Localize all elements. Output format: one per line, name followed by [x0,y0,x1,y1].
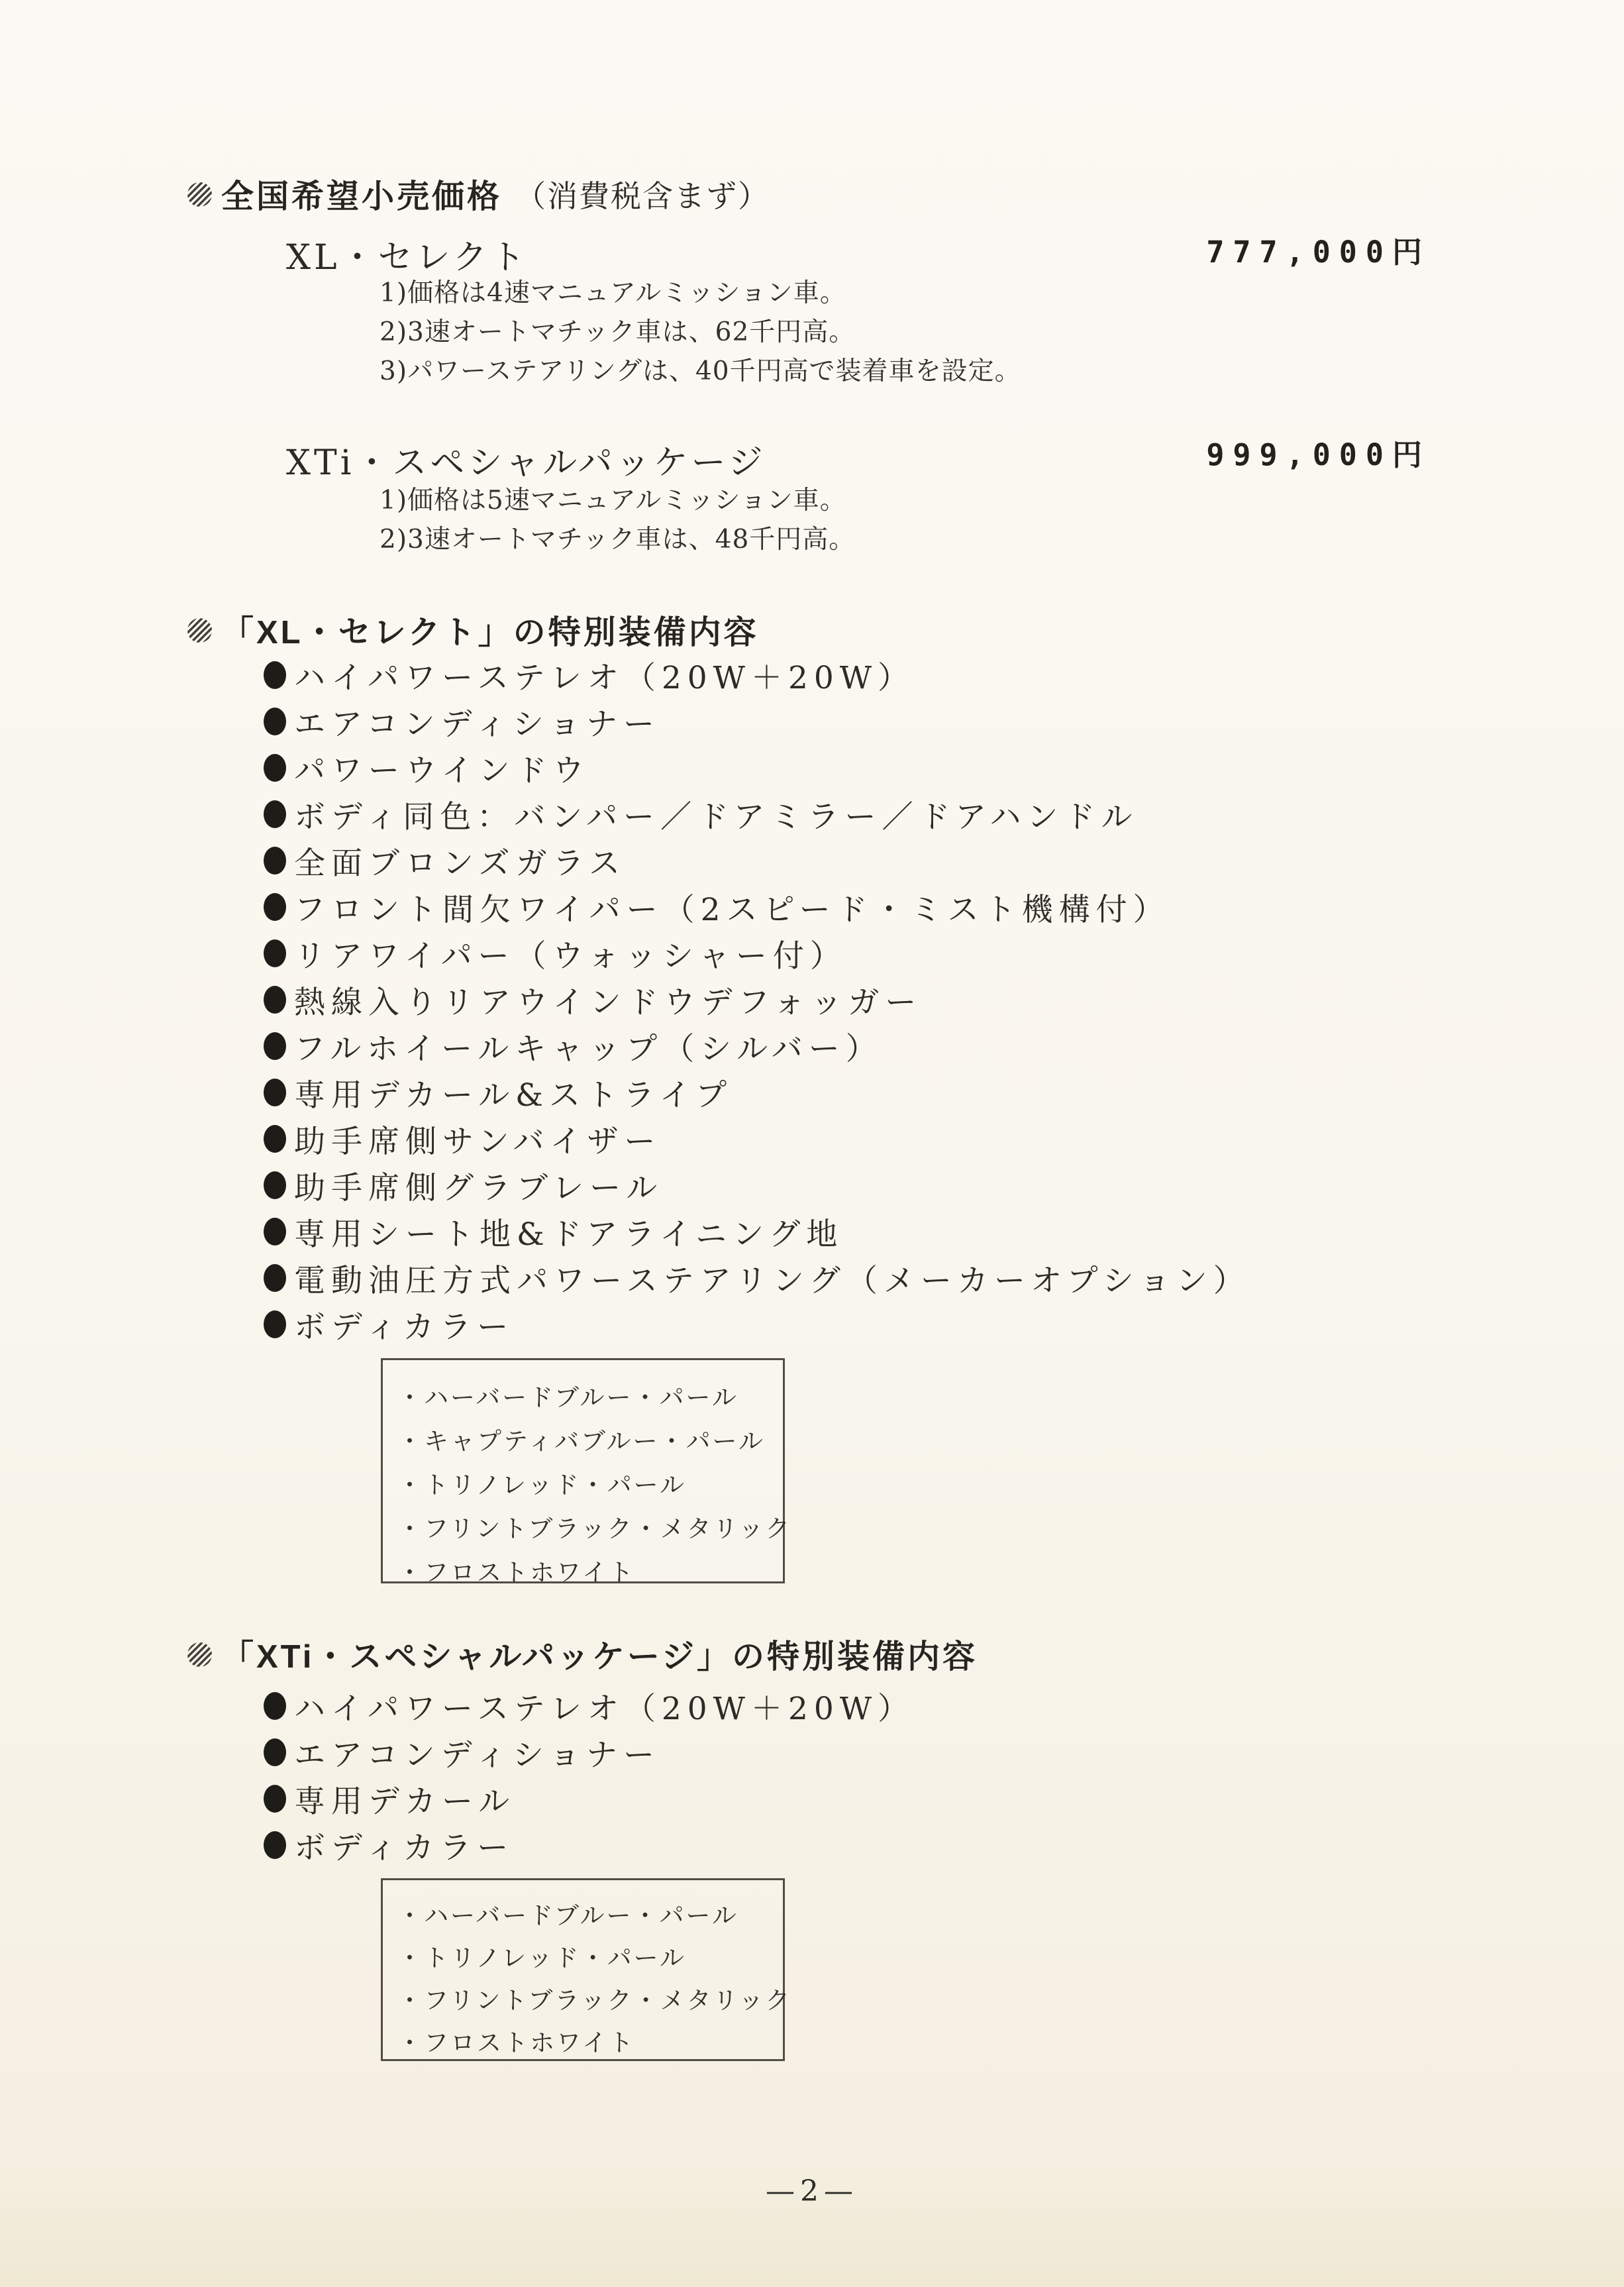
feature-item: 熱線入りリアウインドウデフォッガー [264,977,1250,1023]
hatched-circle-bullet-icon [187,1642,212,1667]
xl-equipment-heading: 「XL・セレクト」の特別装備内容 [187,607,759,653]
xl-equipment-heading-label: 「XL・セレクト」の特別装備内容 [221,607,759,653]
body-color-option: ・フリントブラック・メタリック [397,1980,778,2022]
model-notes-xti: 1)価格は5速マニュアルミッション車。 2)3速オートマチック車は、48千円高。 [380,481,855,559]
feature-item: エアコンディショナー [264,1729,915,1776]
feature-label: フルホイールキャップ（シルバー） [294,1024,883,1069]
feature-item: パワーウインドウ [264,745,1250,791]
feature-label: リアワイパー（ウォッシャー付） [294,931,847,976]
bullet-icon [264,1738,286,1766]
feature-item: 専用シート地&ドアライニング地 [264,1208,1250,1255]
xti-equipment-heading: 「XTi・スペシャルパッケージ」の特別装備内容 [187,1631,978,1677]
feature-label: エアコンディショナー [294,1730,660,1775]
bullet-icon [264,1079,286,1106]
feature-item: 全面ブロンズガラス [264,837,1250,884]
feature-item: フロント間欠ワイパー（2スピード・ミスト機構付） [264,884,1250,930]
bullet-icon [264,754,286,782]
bullet-icon [264,1831,286,1859]
bullet-icon [264,1218,286,1246]
feature-item: 助手席側サンバイザー [264,1116,1250,1162]
model-name-xl: XL・セレクト [286,229,529,279]
note-line: 1)価格は4速マニュアルミッション車。 [380,274,1021,313]
model-price-xti: 999,000円 [927,431,1431,474]
bullet-icon [264,986,286,1014]
body-color-option: ・フロストホワイト [397,2022,778,2064]
model-price-xl: 777,000円 [927,228,1431,271]
feature-label: 専用デカール&ストライプ [294,1071,733,1115]
model-name-xti: XTi・スペシャルパッケージ [286,435,766,484]
feature-label: 全面ブロンズガラス [294,839,626,883]
feature-label: パワーウインドウ [294,746,590,790]
bullet-icon [264,708,286,735]
page-number: —2— [0,2174,1624,2208]
hatched-circle-bullet-icon [187,618,212,643]
body-color-option: ・ハーバードブルー・パール [397,1895,778,1937]
feature-label: エアコンディショナー [294,700,660,744]
feature-item: 電動油圧方式パワーステアリング（メーカーオプション） [264,1255,1250,1301]
note-line: 1)価格は5速マニュアルミッション車。 [380,481,855,520]
feature-label: 助手席側サンバイザー [294,1117,661,1161]
feature-label: 専用デカール [294,1777,515,1821]
body-color-option: ・トリノレッド・パール [397,1463,778,1507]
tax-note: （消費税含まず） [515,172,770,216]
feature-item: ハイパワーステレオ（20W＋20W） [264,1683,915,1729]
scanned-price-sheet-page: 全国希望小売価格 （消費税含まず） XL・セレクト 777,000円 1)価格は… [0,0,1624,2287]
retail-price-heading: 全国希望小売価格 （消費税含まず） [187,171,770,217]
bullet-icon [264,1171,286,1199]
body-color-option: ・フロストホワイト [397,1551,778,1595]
xti-body-color-box: ・ハーバードブルー・パール ・トリノレッド・パール ・フリントブラック・メタリッ… [381,1878,785,2061]
bullet-icon [264,1125,286,1153]
feature-item: 専用デカール&ストライプ [264,1069,1250,1116]
model-notes-xl: 1)価格は4速マニュアルミッション車。 2)3速オートマチック車は、62千円高。… [380,274,1021,391]
bullet-icon [264,1310,286,1338]
feature-item: ボディカラー [264,1822,915,1868]
note-line: 2)3速オートマチック車は、62千円高。 [380,313,1021,352]
note-line: 3)パワーステアリングは、40千円高で装着車を設定。 [380,352,1021,391]
feature-item: ハイパワーステレオ（20W＋20W） [264,652,1250,698]
feature-label: ハイパワーステレオ（20W＋20W） [294,653,915,698]
feature-label: ボディカラー [294,1823,514,1868]
feature-item: リアワイパー（ウォッシャー付） [264,930,1250,977]
bullet-icon [264,1032,286,1060]
feature-item: フルホイールキャップ（シルバー） [264,1023,1250,1069]
hatched-circle-bullet-icon [187,182,212,207]
feature-label: ハイパワーステレオ（20W＋20W） [294,1684,915,1729]
feature-label: フロント間欠ワイパー（2スピード・ミスト機構付） [294,885,1170,930]
feature-label: 専用シート地&ドアライニング地 [294,1210,843,1254]
xti-equipment-heading-label: 「XTi・スペシャルパッケージ」の特別装備内容 [221,1631,978,1677]
feature-item: ボディ同色：バンパー／ドアミラー／ドアハンドル [264,791,1250,837]
body-color-option: ・ハーバードブルー・パール [397,1376,778,1420]
bullet-icon [264,1785,286,1813]
xl-body-color-box: ・ハーバードブルー・パール ・キャプティバブルー・パール ・トリノレッド・パール… [381,1358,785,1583]
feature-label: 電動油圧方式パワーステアリング（メーカーオプション） [294,1256,1250,1301]
feature-label: ボディカラー [294,1303,514,1347]
note-line: 2)3速オートマチック車は、48千円高。 [380,520,855,559]
feature-label: 熱線入りリアウインドウデフォッガー [294,978,922,1022]
feature-item: 専用デカール [264,1776,915,1822]
bullet-icon [264,1264,286,1292]
bullet-icon [264,847,286,875]
xti-feature-list: ハイパワーステレオ（20W＋20W） エアコンディショナー 専用デカール ボディ… [264,1683,915,1868]
bullet-icon [264,893,286,921]
body-color-option: ・トリノレッド・パール [397,1937,778,1980]
feature-item: ボディカラー [264,1301,1250,1348]
xl-feature-list: ハイパワーステレオ（20W＋20W） エアコンディショナー パワーウインドウ ボ… [264,652,1250,1348]
body-color-option: ・キャプティバブルー・パール [397,1420,778,1463]
bullet-icon [264,661,286,689]
feature-item: エアコンディショナー [264,698,1250,745]
bullet-icon [264,1692,286,1720]
bullet-icon [264,800,286,828]
bullet-icon [264,939,286,967]
feature-label: ボディ同色：バンパー／ドアミラー／ドアハンドル [294,792,1138,837]
feature-item: 助手席側グラブレール [264,1162,1250,1208]
body-color-option: ・フリントブラック・メタリック [397,1507,778,1551]
feature-label: 助手席側グラブレール [294,1163,663,1208]
retail-price-heading-label: 全国希望小売価格 [221,171,502,217]
